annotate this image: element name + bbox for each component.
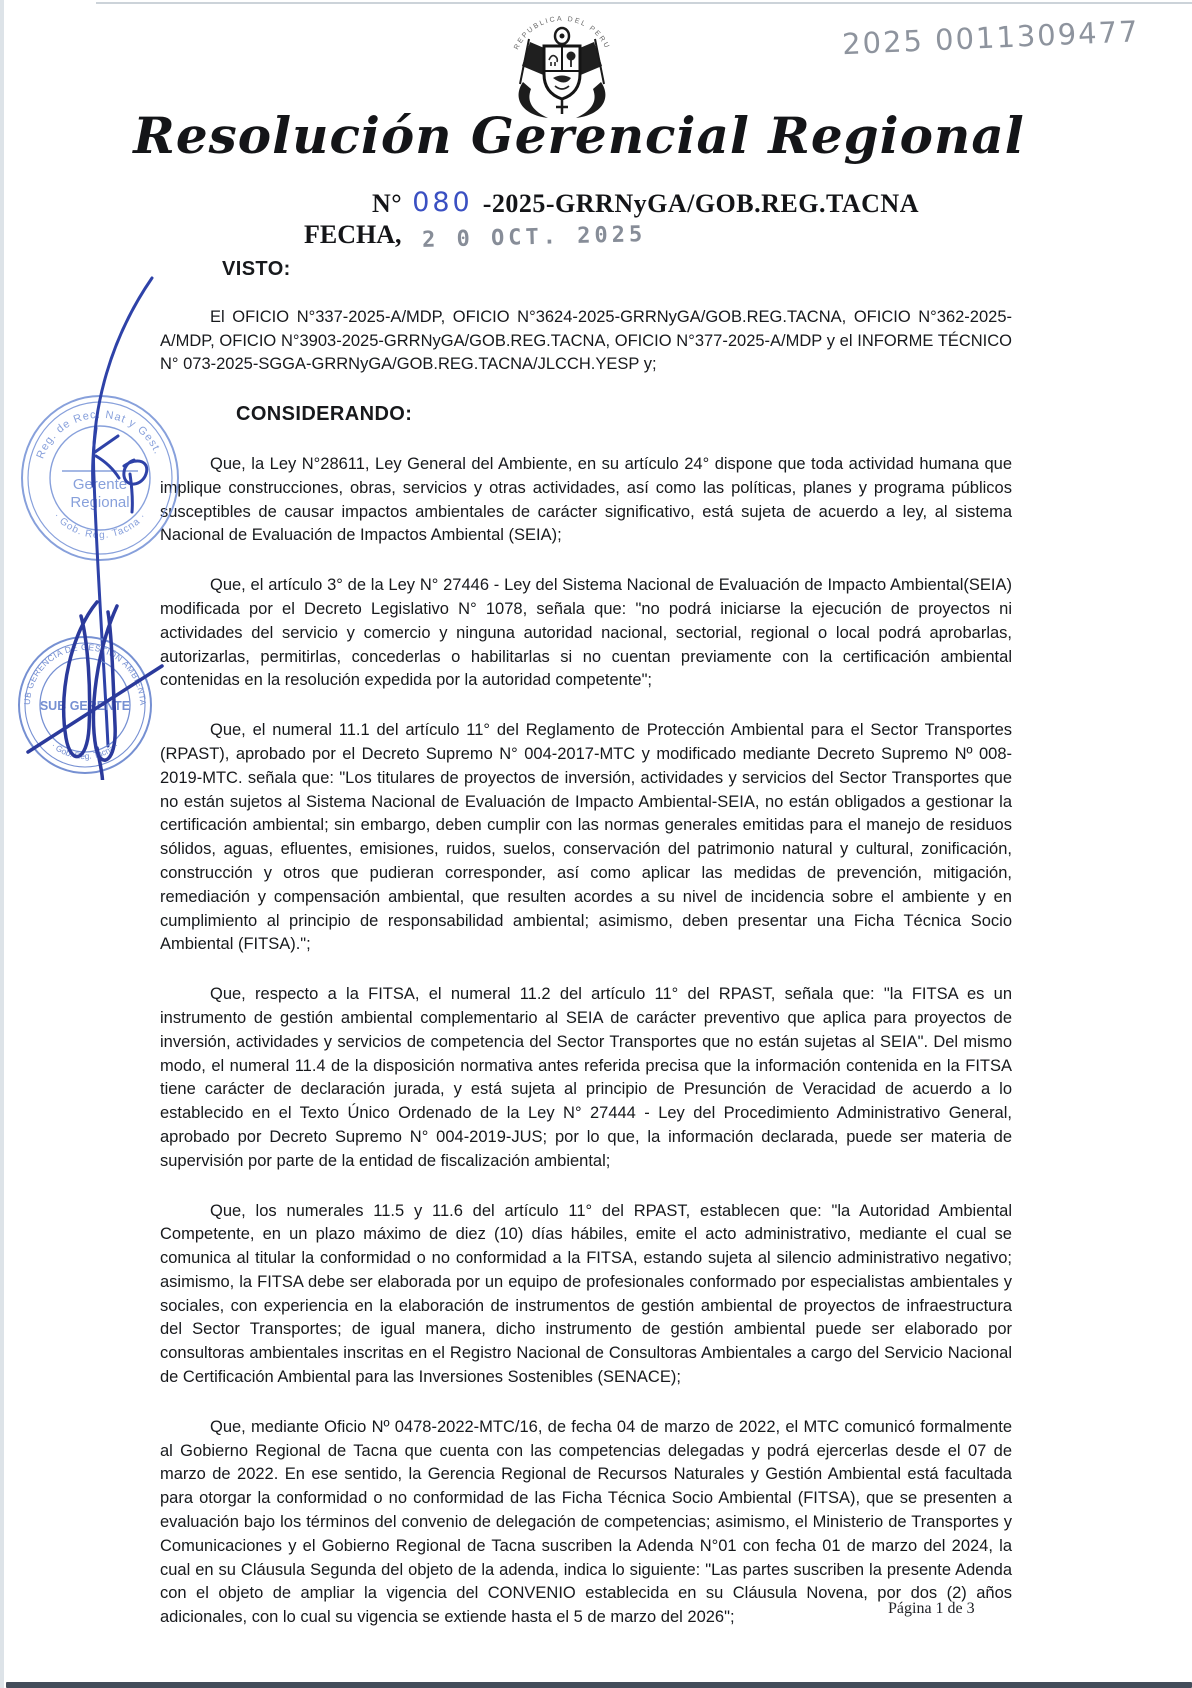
visto-heading: VISTO: bbox=[222, 258, 1012, 282]
stamp1-center-line1: Gerente bbox=[73, 476, 127, 493]
visto-paragraph: El OFICIO N°337-2025-A/MDP, OFICIO N°362… bbox=[160, 306, 1012, 377]
scan-left-edge bbox=[0, 0, 4, 1688]
stamp1-arc-top-text: Gte. Reg. de Rec. Nat y Gest. Amb. bbox=[0, 270, 165, 464]
svg-text:· Gob. Reg. Tacna ·: · Gob. Reg. Tacna · bbox=[50, 740, 121, 761]
document-title: Resolución Gerencial Regional bbox=[0, 106, 1192, 165]
scan-top-edge bbox=[96, 2, 1192, 4]
considerando-heading: CONSIDERANDO: bbox=[236, 403, 1012, 427]
document-body: VISTO: El OFICIO N°337-2025-A/MDP, OFICI… bbox=[160, 254, 1012, 1656]
resolution-number-value: 080 bbox=[412, 187, 473, 218]
svg-text:· Gob. Reg. Tacna ·: · Gob. Reg. Tacna · bbox=[51, 511, 148, 541]
svg-text:Gte. Reg. de Rec. Nat y Gest.: Gte. Reg. de Rec. Nat y Gest. Amb. bbox=[0, 270, 165, 464]
resolution-number: N°080-2025-GRRNyGA/GOB.REG.TACNA bbox=[372, 188, 919, 219]
resolution-number-suffix: -2025-GRRNyGA/GOB.REG.TACNA bbox=[483, 189, 919, 218]
stamp1-center-line2: Regional bbox=[70, 494, 129, 511]
considerando-paragraph: Que, respecto a la FITSA, el numeral 11.… bbox=[160, 983, 1012, 1173]
date-stamp: 2 0 OCT. 2025 bbox=[421, 222, 646, 253]
scan-bottom-bar bbox=[6, 1682, 1192, 1688]
stamp-gerente-regional: Gte. Reg. de Rec. Nat y Gest. Amb. · Gob… bbox=[0, 270, 178, 560]
considerando-paragraph: Que, el artículo 3° de la Ley N° 27446 -… bbox=[160, 574, 1012, 693]
handwritten-registry-number: 2025 0011309477 bbox=[841, 13, 1172, 61]
scanned-document-page: 2025 0011309477 REPUBLICA DEL PERU Resol… bbox=[0, 0, 1192, 1688]
stamp2-center-text: SUB GERENTE bbox=[40, 699, 130, 713]
considerando-paragraph: Que, mediante Oficio Nº 0478-2022-MTC/16… bbox=[160, 1416, 1012, 1630]
svg-text:SUB GERENCIA DE GESTIÓN AMBIEN: SUB GERENCIA DE GESTIÓN AMBIENTAL bbox=[0, 270, 148, 706]
stamp-sub-gerencia: SUB GERENCIA DE GESTIÓN AMBIENTAL SUB GE… bbox=[0, 270, 151, 773]
page-indicator: Página 1 de 3 bbox=[888, 1600, 975, 1618]
signature-gerente bbox=[93, 278, 152, 746]
considerando-paragraph: Que, la Ley N°28611, Ley General del Amb… bbox=[160, 453, 1012, 548]
considerando-paragraph: Que, el numeral 11.1 del artículo 11° de… bbox=[160, 719, 1012, 957]
stamp2-arc-top-text: SUB GERENCIA DE GESTIÓN AMBIENTAL bbox=[0, 270, 148, 706]
fecha-line: FECHA,2 0 OCT. 2025 bbox=[304, 220, 646, 250]
fecha-label: FECHA, bbox=[304, 220, 402, 249]
stamp1-arc-bottom-text: · Gob. Reg. Tacna · bbox=[51, 511, 148, 541]
resolution-number-prefix: N° bbox=[372, 189, 402, 218]
stamp2-arc-bottom-text: · Gob. Reg. Tacna · bbox=[50, 740, 121, 761]
considerando-paragraph: Que, los numerales 11.5 y 11.6 del artíc… bbox=[160, 1200, 1012, 1390]
signature-sub-gerente bbox=[28, 602, 162, 780]
